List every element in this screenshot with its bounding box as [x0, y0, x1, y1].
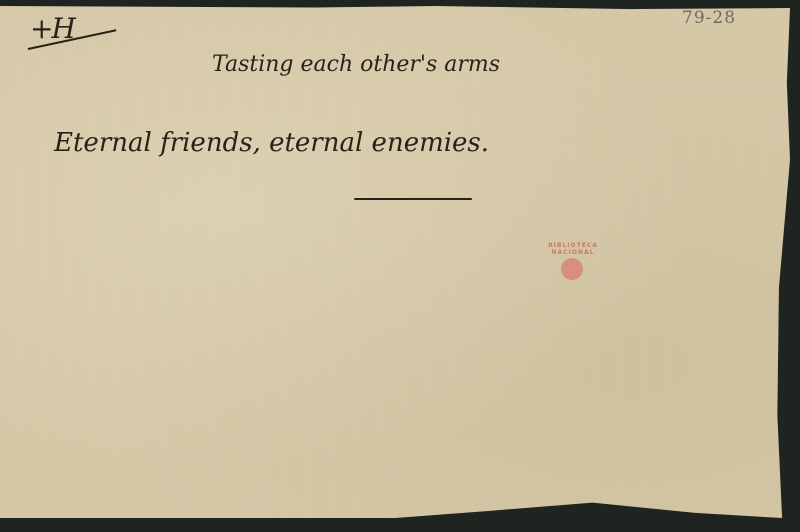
manuscript-line-2: Eternal friends, eternal enemies.: [54, 128, 489, 158]
manuscript-sheet: [0, 6, 790, 518]
stamp-seal-icon: [561, 258, 583, 280]
reference-number: 79-28: [682, 8, 736, 28]
stamp-text: BIBLIOTECA NACIONAL: [538, 242, 608, 256]
closing-rule: [354, 198, 472, 200]
library-stamp: BIBLIOTECA NACIONAL: [538, 242, 608, 288]
manuscript-line-1: Tasting each other's arms: [212, 52, 500, 77]
